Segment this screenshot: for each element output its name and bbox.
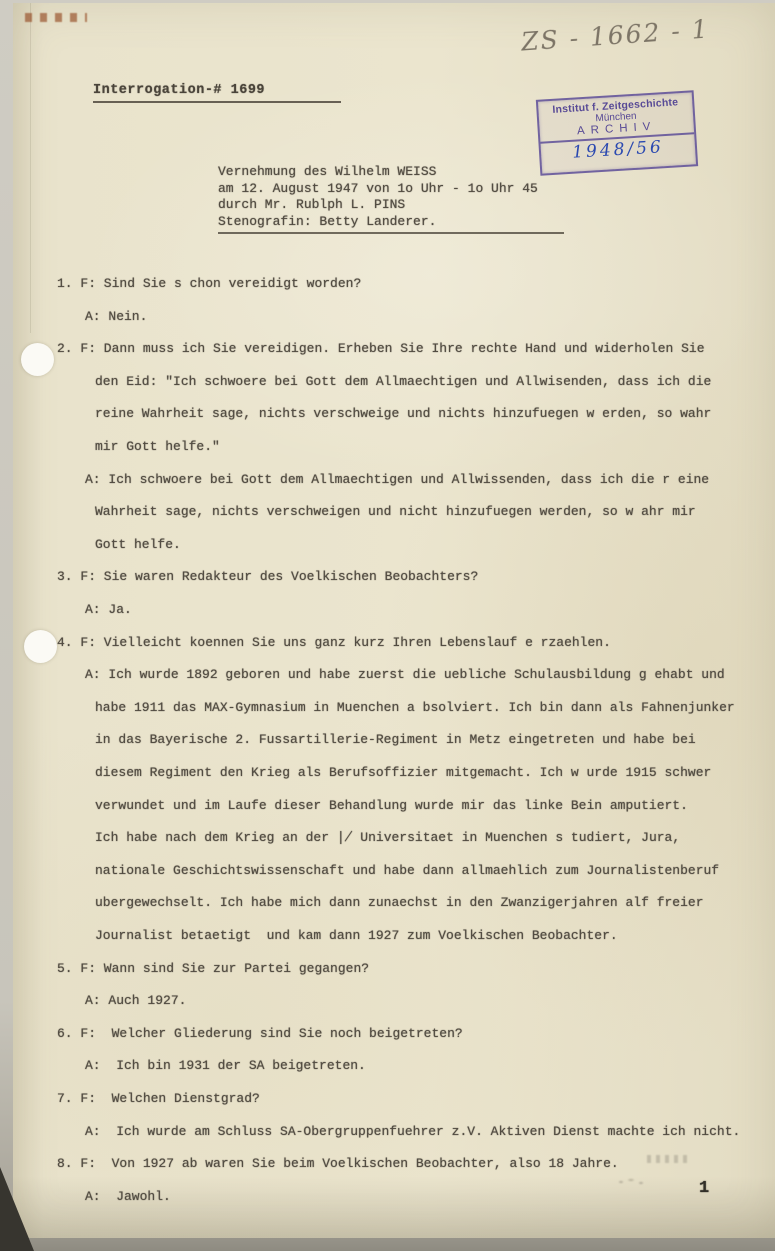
transcript-line: 2. F: Dann muss ich Sie vereidigen. Erhe… bbox=[57, 341, 705, 356]
transcript-line: verwundet und im Laufe dieser Behandlung… bbox=[95, 798, 688, 813]
header-line: durch Mr. Rublph L. PINS bbox=[218, 197, 564, 214]
transcript-line: in das Bayerische 2. Fussartillerie-Regi… bbox=[95, 732, 696, 747]
transcript-line: A: Auch 1927. bbox=[85, 993, 186, 1008]
transcript-line: mir Gott helfe." bbox=[95, 439, 220, 454]
archive-stamp: Institut f. Zeitgeschichte München ARCHI… bbox=[536, 90, 698, 176]
transcript-line: nationale Geschichtswissenschaft und hab… bbox=[95, 863, 719, 878]
transcript-line: reine Wahrheit sage, nichts verschweige … bbox=[95, 406, 711, 421]
transcript-line: den Eid: "Ich schwoere bei Gott dem Allm… bbox=[95, 374, 711, 389]
transcript-line: A: Nein. bbox=[85, 309, 147, 324]
transcript-line: ubergewechselt. Ich habe mich dann zunae… bbox=[95, 895, 704, 910]
transcript-line: 7. F: Welchen Dienstgrad? bbox=[57, 1091, 260, 1106]
paper-sheet: ZS - 1662 - 1 Institut f. Zeitgeschichte… bbox=[13, 3, 775, 1238]
pencil-smudge bbox=[615, 1173, 649, 1189]
transcript-line: 1. F: Sind Sie s chon vereidigt worden? bbox=[57, 276, 361, 291]
staple-rust-mark bbox=[25, 13, 87, 22]
transcript-line: 3. F: Sie waren Redakteur des Voelkische… bbox=[57, 569, 478, 584]
transcript-line: Gott helfe. bbox=[95, 537, 181, 552]
transcript-line: Ich habe nach dem Krieg an der ∤ Univers… bbox=[95, 830, 680, 845]
transcript-line: A: Jawohl. bbox=[85, 1189, 171, 1204]
transcript-line: 8. F: Von 1927 ab waren Sie beim Voelkis… bbox=[57, 1156, 619, 1171]
punch-hole-top bbox=[21, 343, 54, 376]
transcript-line: A: Ich schwoere bei Gott dem Allmaechtig… bbox=[85, 472, 709, 487]
transcript-line: 5. F: Wann sind Sie zur Partei gegangen? bbox=[57, 961, 369, 976]
transcript-line: A: Ich wurde 1892 geboren und habe zuers… bbox=[85, 667, 725, 682]
header-block: Vernehmung des Wilhelm WEISSam 12. Augus… bbox=[218, 164, 564, 234]
transcript-line: diesem Regiment den Krieg als Berufsoffi… bbox=[95, 765, 711, 780]
pencil-smudge-small bbox=[647, 1155, 687, 1163]
paper-crease bbox=[30, 3, 31, 333]
header-line: am 12. August 1947 von 1o Uhr - 1o Uhr 4… bbox=[218, 181, 564, 198]
header-line: Vernehmung des Wilhelm WEISS bbox=[218, 164, 564, 181]
archive-reference-handwriting: ZS - 1662 - 1 bbox=[520, 14, 710, 56]
punch-hole-bottom bbox=[24, 630, 57, 663]
document-title: Interrogation-# 1699 bbox=[93, 83, 341, 103]
transcript-line: Journalist betaetigt und kam dann 1927 z… bbox=[95, 928, 618, 943]
transcript-line: A: Ich bin 1931 der SA beigetreten. bbox=[85, 1058, 366, 1073]
transcript-line: habe 1911 das MAX-Gymnasium in Muenchen … bbox=[95, 700, 735, 715]
transcript-line: 6. F: Welcher Gliederung sind Sie noch b… bbox=[57, 1026, 463, 1041]
transcript-line: 4. F: Vielleicht koennen Sie uns ganz ku… bbox=[57, 635, 611, 650]
header-line: Stenografin: Betty Landerer. bbox=[218, 214, 564, 235]
transcript-line: A: Ich wurde am Schluss SA-Obergruppenfu… bbox=[85, 1124, 740, 1139]
transcript-line: Wahrheit sage, nichts verschweigen und n… bbox=[95, 504, 696, 519]
page-number: 1 bbox=[699, 1179, 709, 1198]
transcript-line: A: Ja. bbox=[85, 602, 132, 617]
